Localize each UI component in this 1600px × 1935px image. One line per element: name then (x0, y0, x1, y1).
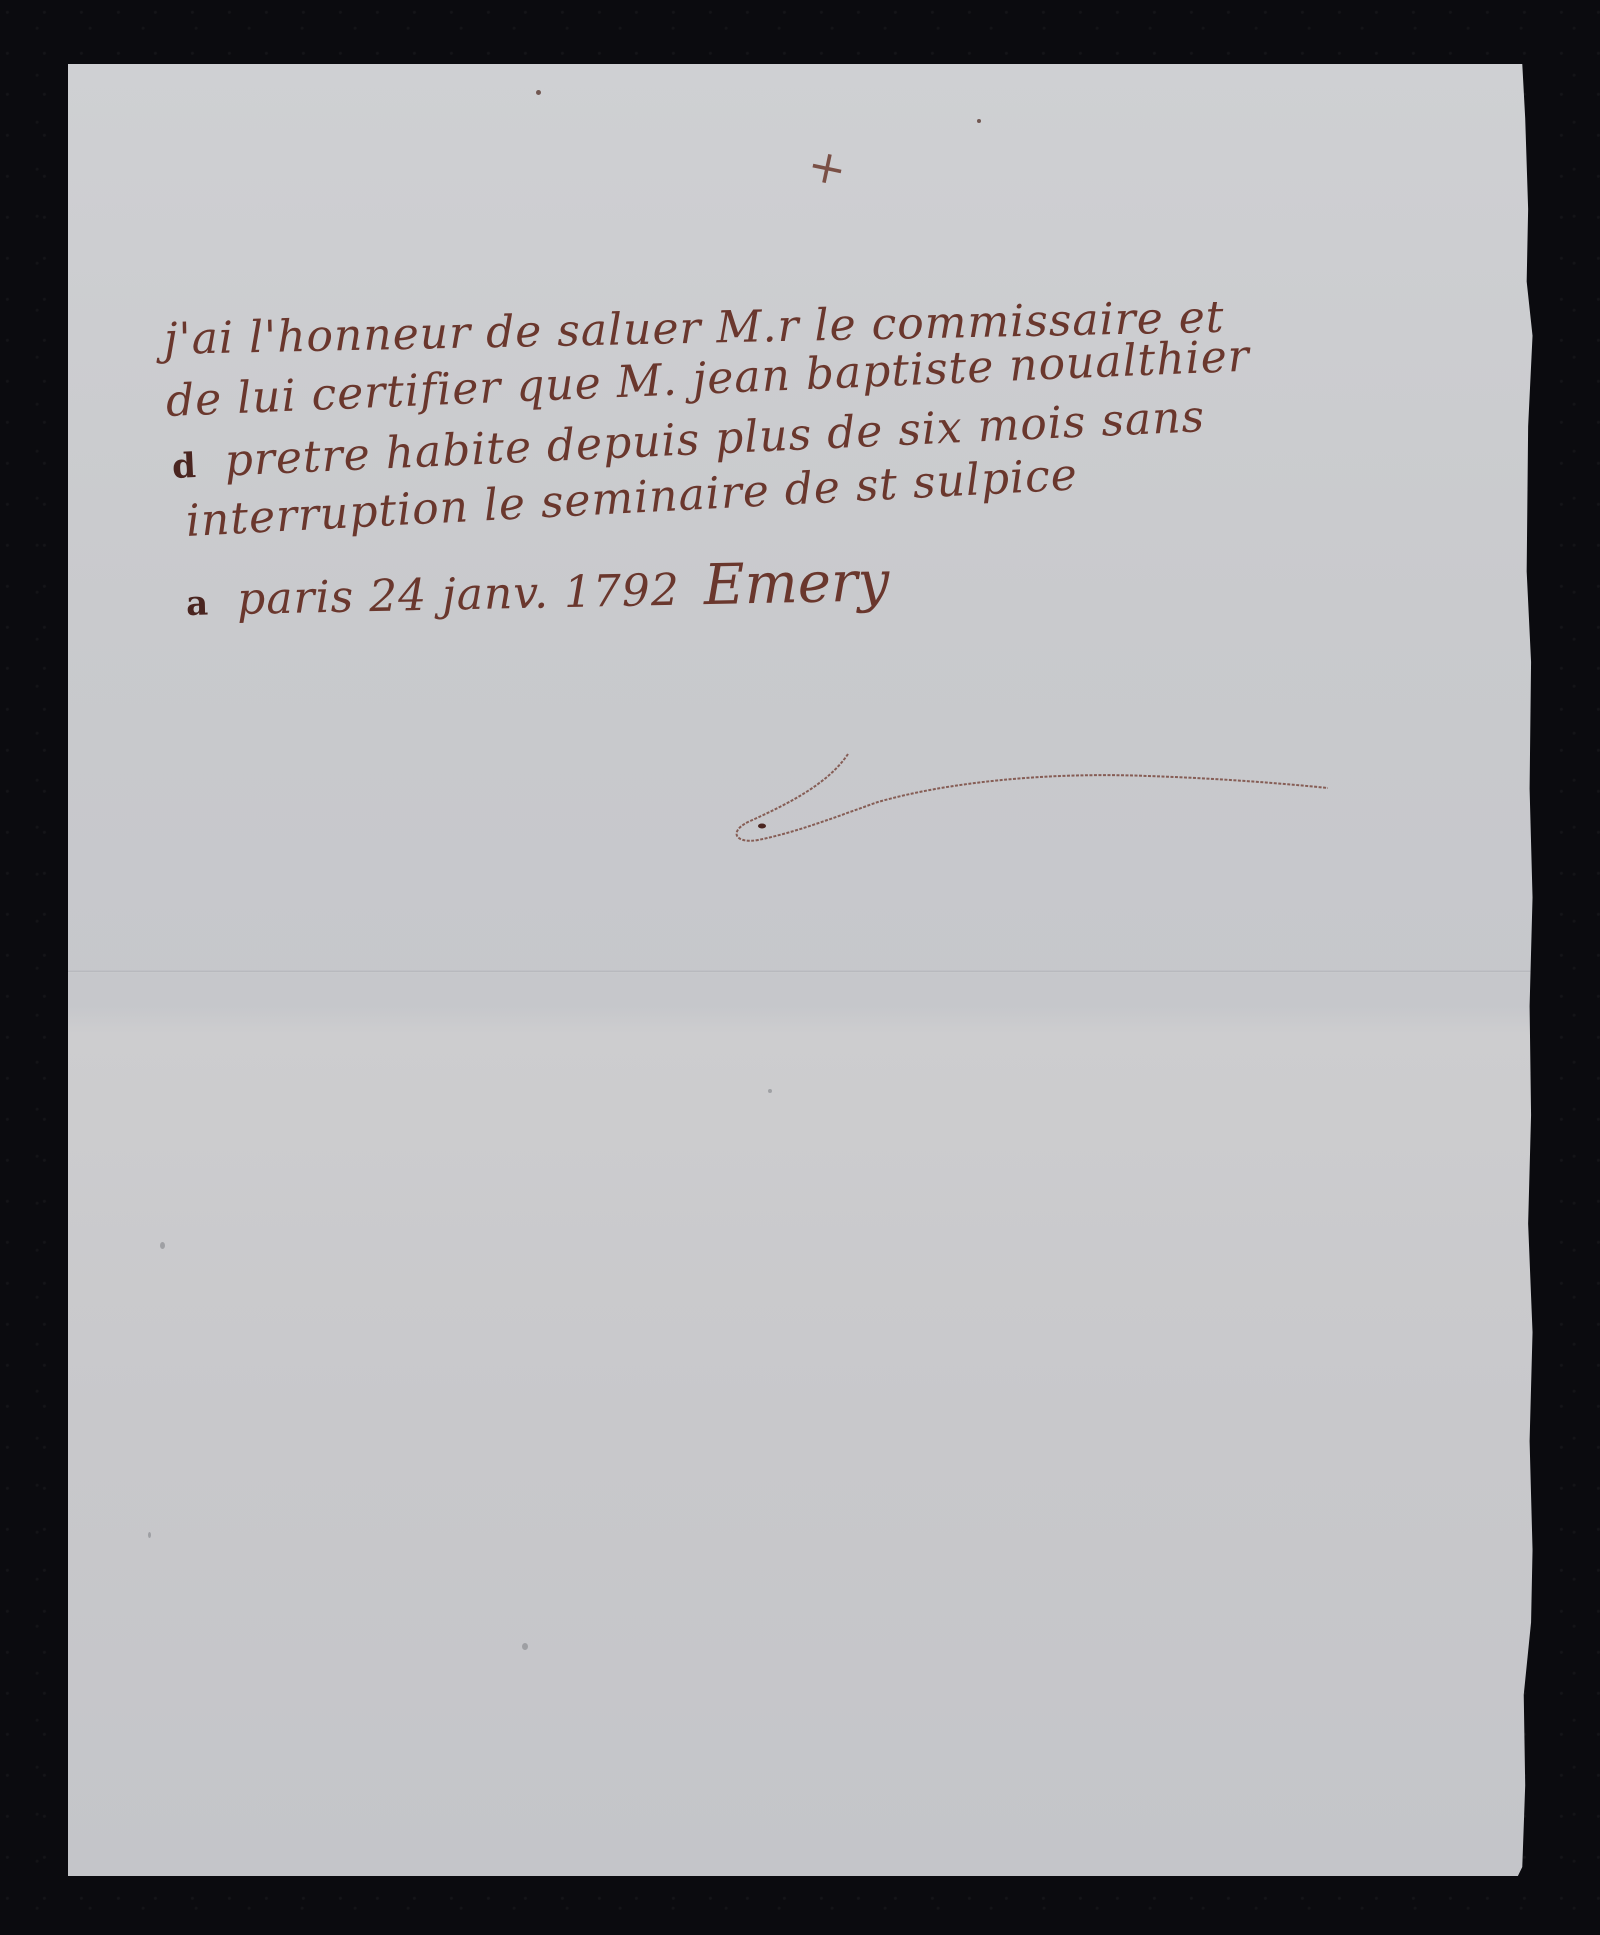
cross-heading-mark: + (804, 140, 851, 193)
ink-speck (536, 90, 541, 95)
paper-speck (160, 1242, 165, 1249)
margin-marker: d (171, 446, 198, 487)
ink-speck (977, 119, 981, 123)
signature-flourish (728, 744, 1328, 884)
paper-speck (768, 1089, 772, 1093)
signature: Emery (703, 549, 890, 618)
horizontal-fold-crease (68, 970, 1534, 973)
letter-line-5-dateline: aparis 24 janv. 1792Emery (185, 549, 890, 629)
margin-marker: a (186, 584, 210, 624)
paper-speck (522, 1643, 528, 1650)
paper-speck (148, 1532, 151, 1538)
manuscript-sheet: + j'ai l'honneur de saluer M.r le commis… (68, 64, 1534, 1876)
dateline-text: paris 24 janv. 1792 (237, 565, 681, 625)
